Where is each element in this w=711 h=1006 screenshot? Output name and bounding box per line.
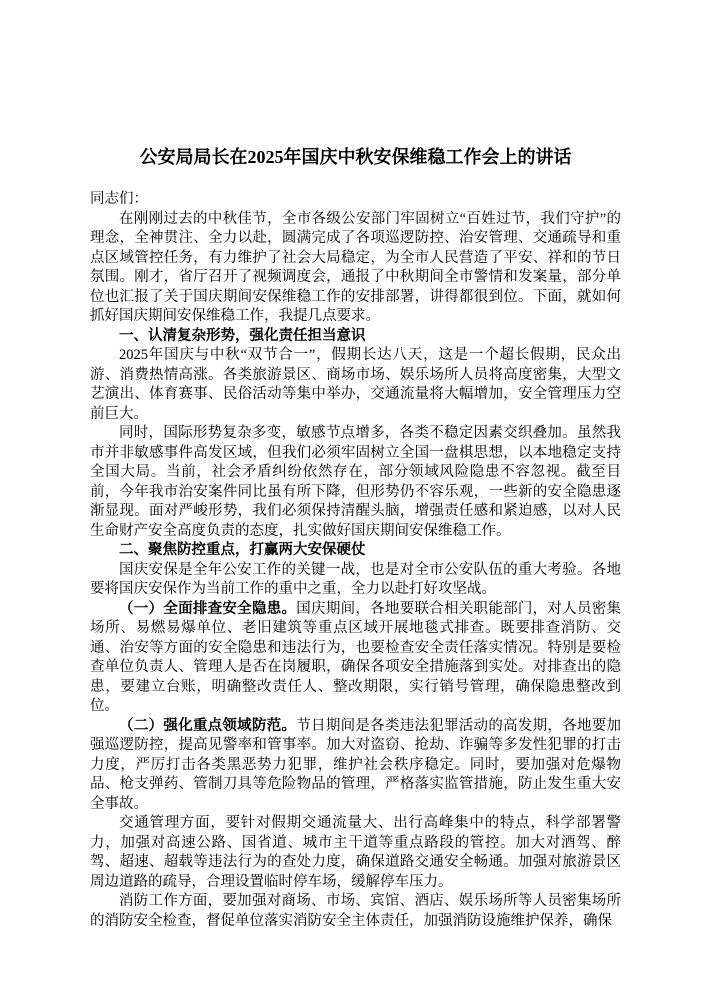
sub-heading-1-lead: （一）全面排查安全隐患。 <box>119 601 296 617</box>
document-title: 公安局局长在2025年国庆中秋安保维稳工作会上的讲话 <box>90 145 621 169</box>
sub-heading-2-lead: （二）强化重点领域防范。 <box>119 718 296 734</box>
section-heading-2: 二、聚焦防控重点，打赢两大安保硬仗 <box>90 541 621 561</box>
paragraph-key-battle: 国庆安保是全年公安工作的关键一战，也是对全市公安队伍的重大考验。各地要将国庆安保… <box>90 561 621 600</box>
paragraph-fire-safety: 消防工作方面，要加强对商场、市场、宾馆、酒店、娱乐场所等人员密集场所的消防安全检… <box>90 892 621 931</box>
salutation: 同志们： <box>90 190 621 210</box>
paragraph-traffic-management: 交通管理方面，要针对假期交通流量大、出行高峰集中的特点，科学部署警力，加强对高速… <box>90 814 621 892</box>
document-page: 公安局局长在2025年国庆中秋安保维稳工作会上的讲话 同志们： 在刚刚过去的中秋… <box>0 0 711 1006</box>
section-heading-1: 一、认清复杂形势，强化责任担当意识 <box>90 327 621 347</box>
paragraph-key-area-prevention: （二）强化重点领域防范。节日期间是各类违法犯罪活动的高发期，各地要加强巡逻防控，… <box>90 717 621 815</box>
paragraph-holiday-situation: 2025年国庆与中秋“双节合一”，假期长达八天，这是一个超长假期，民众出游、消费… <box>90 346 621 424</box>
sub-heading-1-text: 国庆期间，各地要联合相关职能部门，对人员密集场所、易燃易爆单位、老旧建筑等重点区… <box>90 601 621 715</box>
paragraph-risk-analysis: 同时，国际形势复杂多变，敏感节点增多，各类不稳定因素交织叠加。虽然我市并非敏感事… <box>90 424 621 541</box>
paragraph-hazard-inspection: （一）全面排查安全隐患。国庆期间，各地要联合相关职能部门，对人员密集场所、易燃易… <box>90 600 621 717</box>
document-content: 公安局局长在2025年国庆中秋安保维稳工作会上的讲话 同志们： 在刚刚过去的中秋… <box>90 145 621 931</box>
paragraph-opening-review: 在刚刚过去的中秋佳节，全市各级公安部门牢固树立“百姓过节，我们守护”的理念，全神… <box>90 210 621 327</box>
